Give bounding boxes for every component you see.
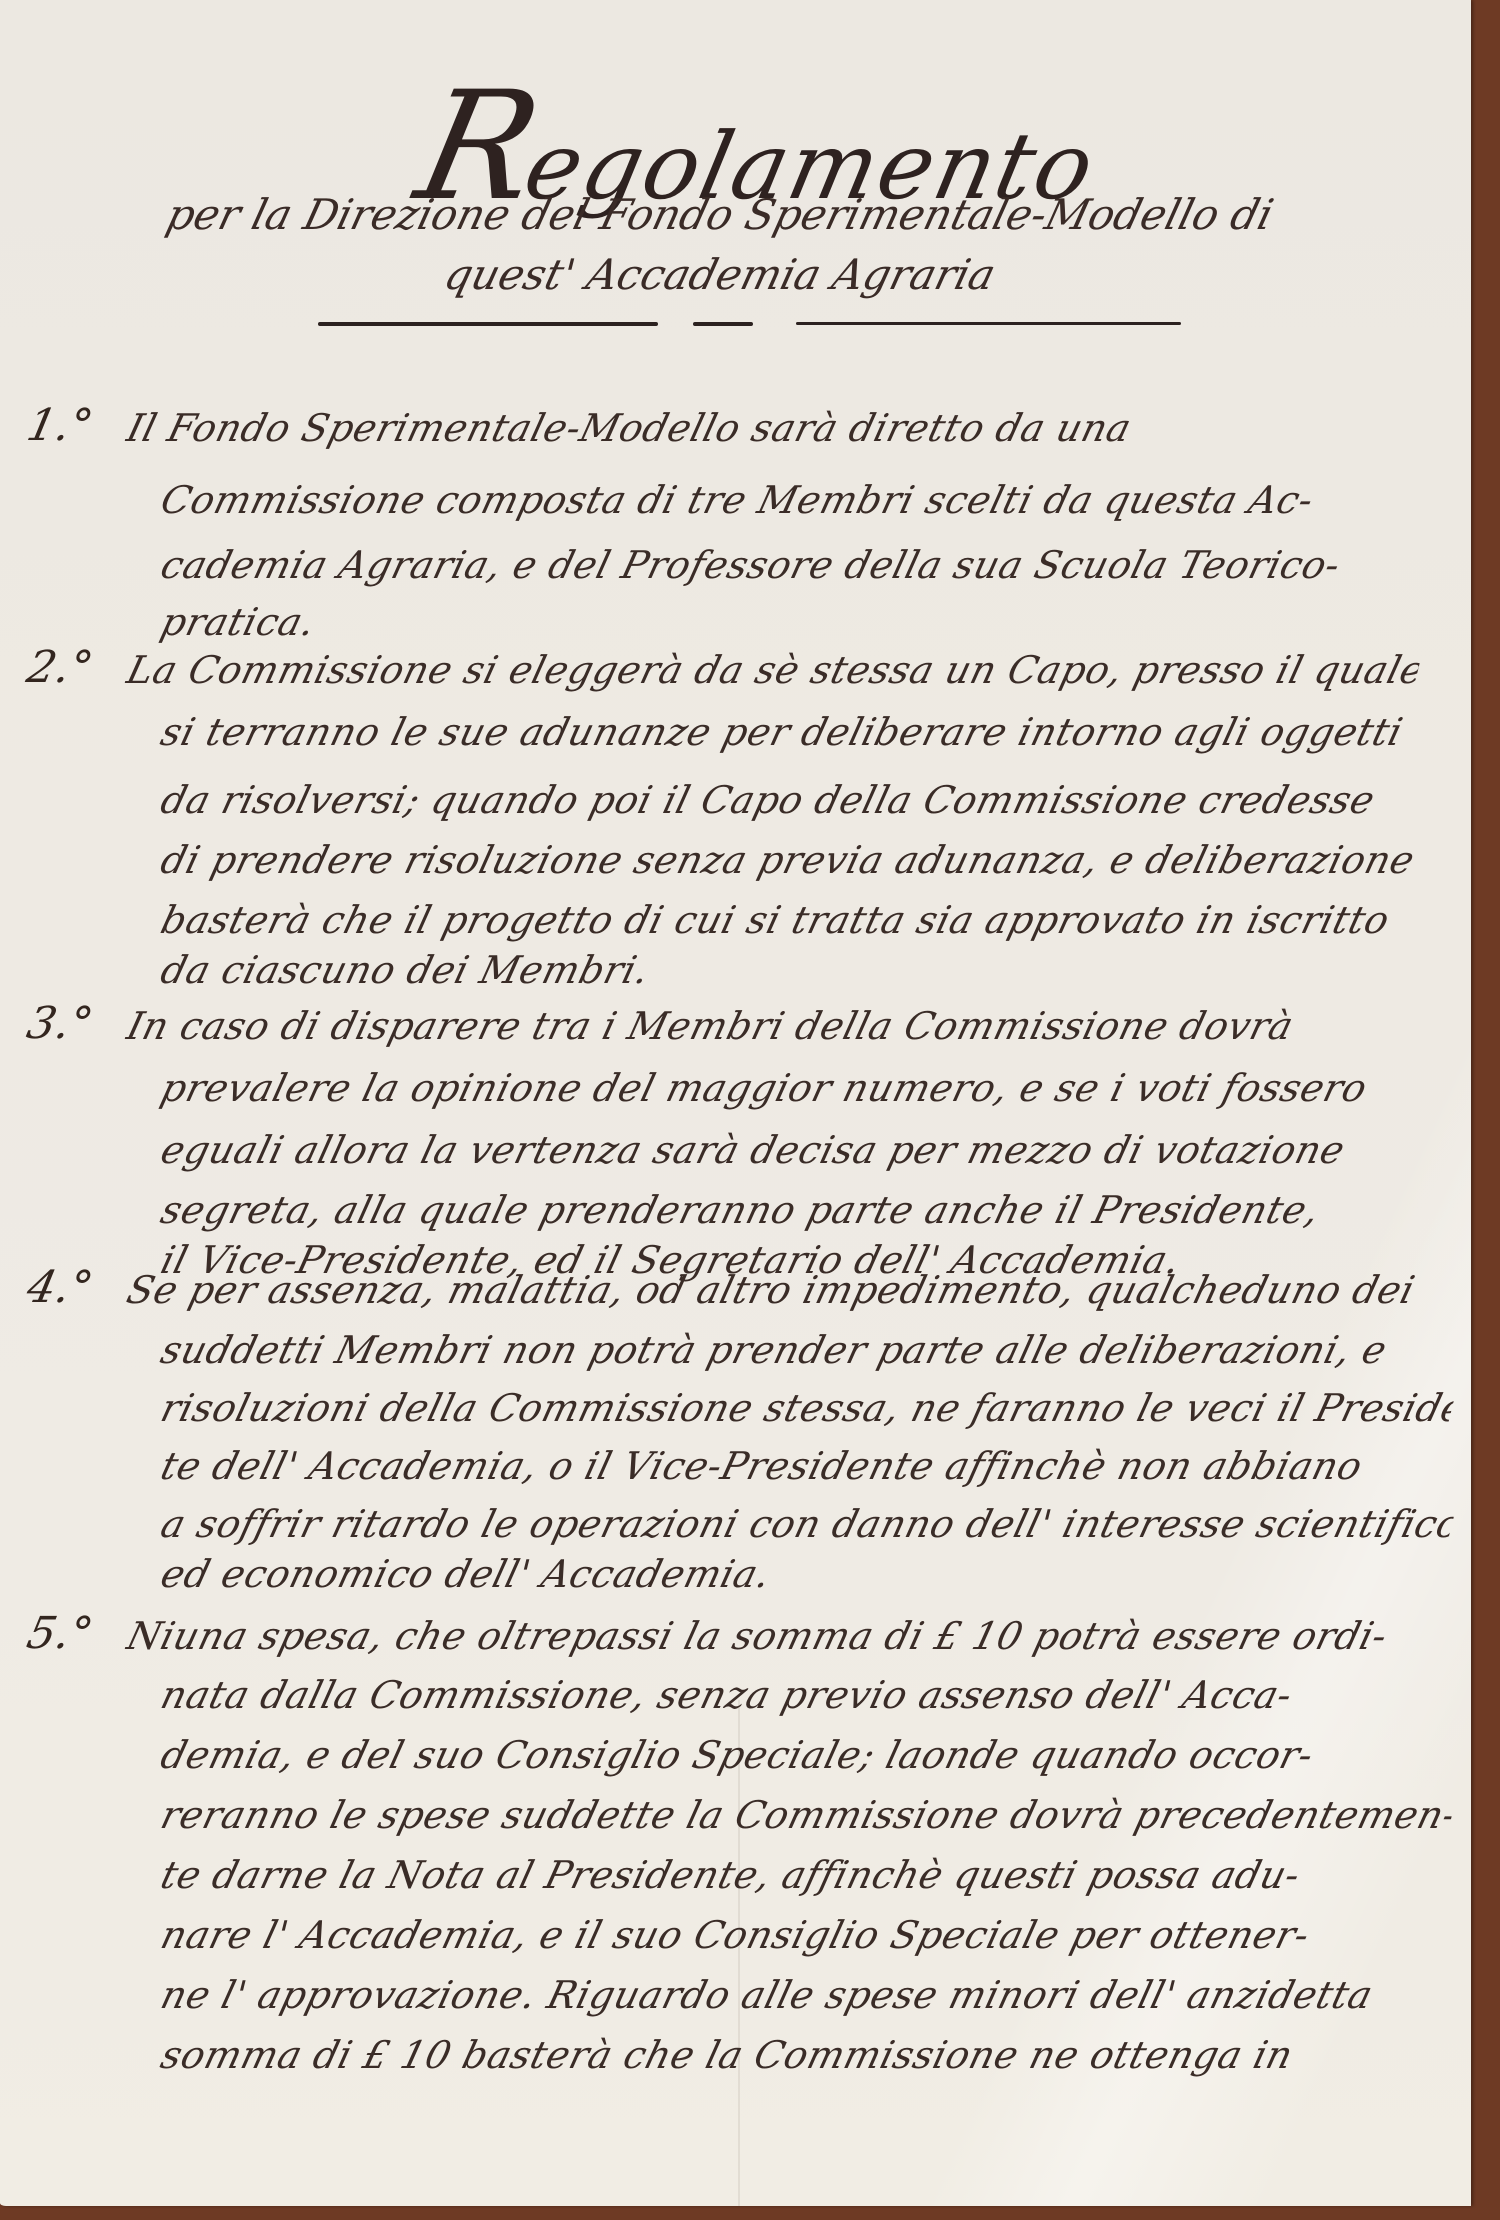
article-4-line-4: te dell' Accademia, o il Vice-Presidente… <box>155 1436 1460 1496</box>
article-5-line-8: somma di £ 10 basterà che la Commissione… <box>155 2025 1460 2085</box>
article-number-5: 5.° <box>23 1608 98 1659</box>
article-2-line-4: di prendere risoluzione senza previa adu… <box>155 830 1460 890</box>
article-5-line-6: nare l' Accademia, e il suo Consiglio Sp… <box>155 1905 1460 1965</box>
article-number-4: 4.° <box>23 1262 98 1313</box>
article-3-line-2: prevalere la opinione del maggior numero… <box>155 1058 1460 1118</box>
subtitle-line-2: quest' Accademia Agraria <box>24 250 1416 299</box>
title-divider-right <box>796 322 1181 325</box>
article-4-line-2: suddetti Membri non potrà prender parte … <box>155 1320 1460 1380</box>
article-3-line-1: In caso di disparere tra i Membri della … <box>121 996 1426 1056</box>
article-1-line-2: Commissione composta di tre Membri scelt… <box>155 470 1460 530</box>
article-5-line-2: nata dalla Commissione, senza previo ass… <box>155 1665 1460 1725</box>
article-number-2: 2.° <box>23 642 98 693</box>
article-number-3: 3.° <box>23 998 98 1049</box>
article-2-line-2: si terranno le sue adunanze per delibera… <box>155 702 1460 762</box>
article-4-line-3: risoluzioni della Commissione stessa, ne… <box>155 1378 1460 1438</box>
subtitle-line-1: per la Direzione del Fondo Sperimentale-… <box>24 190 1416 239</box>
article-number-1: 1.° <box>23 400 98 451</box>
article-1-line-3: cademia Agraria, e del Professore della … <box>155 535 1460 595</box>
title-divider-left <box>318 322 658 326</box>
article-2-line-6: da ciascuno dei Membri. <box>155 940 1460 1000</box>
article-2-line-3: da risolversi; quando poi il Capo della … <box>155 770 1460 830</box>
title-divider-center <box>693 322 753 326</box>
article-4-line-6: ed economico dell' Accademia. <box>155 1544 1460 1604</box>
article-5-line-5: te darne la Nota al Presidente, affinchè… <box>155 1845 1460 1905</box>
article-2-line-1: La Commissione si eleggerà da sè stessa … <box>121 640 1426 700</box>
article-1-line-1: Il Fondo Sperimentale-Modello sarà diret… <box>121 398 1426 458</box>
article-5-line-7: ne l' approvazione. Riguardo alle spese … <box>155 1965 1460 2025</box>
manuscript-page: Regolamento per la Direzione del Fondo S… <box>0 0 1471 2206</box>
article-5-line-4: reranno le spese suddette la Commissione… <box>155 1785 1460 1845</box>
article-3-line-3: eguali allora la vertenza sarà decisa pe… <box>155 1120 1460 1180</box>
article-4-line-1: Se per assenza, malattia, od altro imped… <box>121 1260 1426 1320</box>
article-5-line-3: demia, e del suo Consiglio Speciale; lao… <box>155 1725 1460 1785</box>
article-5-line-1: Niuna spesa, che oltrepassi la somma di … <box>121 1606 1426 1666</box>
